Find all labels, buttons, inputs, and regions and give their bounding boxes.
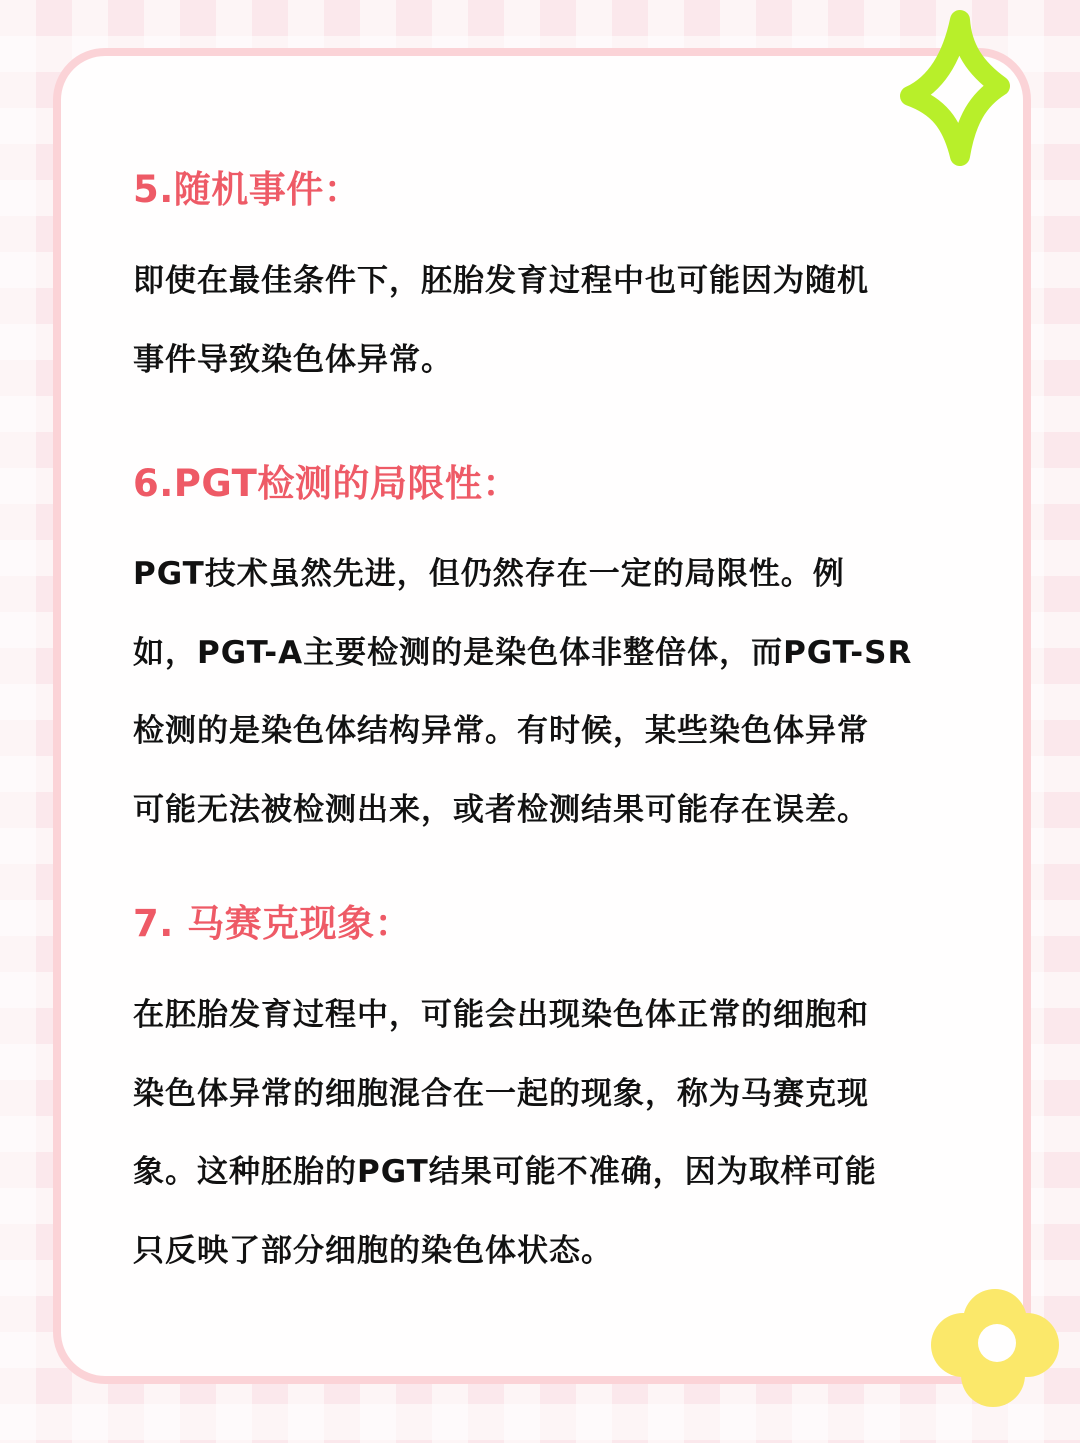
body-line: 即使在最佳条件下，胚胎发育过程中也可能因为随机 xyxy=(133,242,963,321)
body-line: 只反映了部分细胞的染色体状态。 xyxy=(133,1212,963,1291)
body-line: 检测的是染色体结构异常。有时候，某些染色体异常 xyxy=(133,692,963,771)
body-line: 象。这种胚胎的PGT结果可能不准确，因为取样可能 xyxy=(133,1133,963,1212)
sparkle-icon xyxy=(890,8,1020,168)
body-line: 可能无法被检测出来，或者检测结果可能存在误差。 xyxy=(133,771,963,850)
section-body-mosaicism: 在胚胎发育过程中，可能会出现染色体正常的细胞和 染色体异常的细胞混合在一起的现象… xyxy=(133,976,963,1290)
content-card: 5.随机事件： 即使在最佳条件下，胚胎发育过程中也可能因为随机 事件导致染色体异… xyxy=(53,48,1031,1384)
body-line: PGT技术虽然先进，但仍然存在一定的局限性。例 xyxy=(133,535,963,614)
section-heading-mosaicism: 7. 马赛克现象： xyxy=(133,902,412,946)
body-line: 染色体异常的细胞混合在一起的现象，称为马赛克现 xyxy=(133,1055,963,1134)
section-heading-pgt-limitations: 6.PGT检测的局限性： xyxy=(133,462,520,506)
body-line: 如，PGT-A主要检测的是染色体非整倍体，而PGT-SR xyxy=(133,614,963,693)
section-body-random-events: 即使在最佳条件下，胚胎发育过程中也可能因为随机 事件导致染色体异常。 xyxy=(133,242,963,399)
section-heading-random-events: 5.随机事件： xyxy=(133,168,361,212)
flower-icon xyxy=(925,1283,1060,1408)
section-body-pgt-limitations: PGT技术虽然先进，但仍然存在一定的局限性。例 如，PGT-A主要检测的是染色体… xyxy=(133,535,963,849)
body-line: 事件导致染色体异常。 xyxy=(133,321,963,400)
body-line: 在胚胎发育过程中，可能会出现染色体正常的细胞和 xyxy=(133,976,963,1055)
